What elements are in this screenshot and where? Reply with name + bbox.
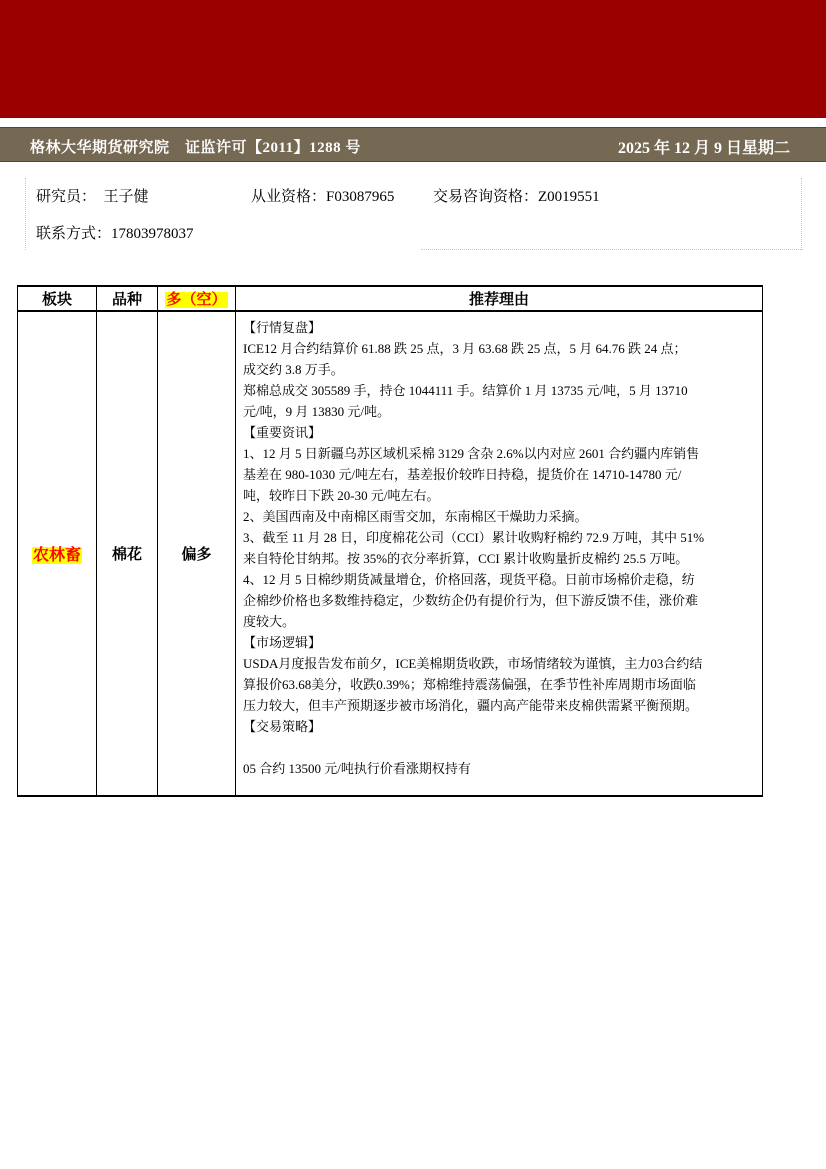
dotted-divider bbox=[421, 249, 803, 250]
researcher-name: 研究员： 王子健 bbox=[36, 185, 149, 206]
reason-line: 成交约 3.8 万手。 bbox=[243, 359, 758, 380]
report-date: 2025 年 12 月 9 日星期二 bbox=[618, 135, 790, 158]
report-page: 格林大华期货研究院 证监许可【2011】1288 号 2025 年 12 月 9… bbox=[0, 0, 826, 1169]
reason-line: 基差在 980-1030 元/吨左右，基差报价较昨日持稳，提货价在 14710-… bbox=[243, 464, 758, 485]
header-direction-highlight: 多（空） bbox=[165, 292, 227, 308]
practice-label: 从业资格： bbox=[251, 189, 326, 205]
reason-line: 吨，较昨日下跌 20-30 元/吨左右。 bbox=[243, 485, 758, 506]
researcher-name-value: 王子健 bbox=[104, 189, 149, 205]
cell-sector: 农林畜 bbox=[18, 311, 97, 796]
reason-line: 【交易策略】 bbox=[243, 716, 758, 737]
reason-line: 【市场逻辑】 bbox=[243, 632, 758, 653]
reason-line: 3、截至 11 月 28 日，印度棉花公司（CCI）累计收购籽棉约 72.9 万… bbox=[243, 527, 758, 548]
researcher-info-block: 研究员： 王子健 从业资格：F03087965 交易咨询资格：Z0019551 … bbox=[25, 178, 802, 250]
reason-line: 05 合约 13500 元/吨执行价看涨期权持有 bbox=[243, 758, 758, 779]
reason-line: 算报价63.68美分，收跌0.39%；郑棉维持震荡偏强，在季节性补库周期市场面临 bbox=[243, 674, 758, 695]
reason-line: 压力较大，但丰产预期逐步被市场消化，疆内高产能带来皮棉供需紧平衡预期。 bbox=[243, 695, 758, 716]
reason-line bbox=[243, 737, 758, 758]
table-header-row: 板块 品种 多（空） 推荐理由 bbox=[18, 286, 763, 311]
reason-line: 2、美国西南及中南棉区雨雪交加，东南棉区干燥助力采摘。 bbox=[243, 506, 758, 527]
header-variety: 品种 bbox=[97, 286, 158, 311]
researcher-label: 研究员： bbox=[36, 189, 89, 205]
table-row-cotton: 农林畜 棉花 偏多 【行情复盘】ICE12 月合约结算价 61.88 跌 25 … bbox=[18, 311, 763, 796]
contact-number: 17803978037 bbox=[111, 226, 194, 242]
reason-line: 度较大。 bbox=[243, 611, 758, 632]
advisory-qualification: 交易咨询资格：Z0019551 bbox=[433, 185, 600, 206]
reason-line: 来自特伦甘纳邦。按 35%的衣分率折算，CCI 累计收购量折皮棉约 25.5 万… bbox=[243, 548, 758, 569]
sector-highlight: 农林畜 bbox=[32, 547, 82, 564]
cell-direction: 偏多 bbox=[158, 311, 236, 796]
reason-line: ICE12 月合约结算价 61.88 跌 25 点，3 月 63.68 跌 25… bbox=[243, 338, 758, 359]
contact-label: 联系方式： bbox=[36, 226, 111, 242]
reason-line: 郑棉总成交 305589 手，持仓 1044111 手。结算价 1 月 1373… bbox=[243, 380, 758, 401]
institute-name-license: 格林大华期货研究院 证监许可【2011】1288 号 bbox=[30, 136, 361, 157]
header-direction: 多（空） bbox=[158, 286, 236, 311]
reason-line: 4、12 月 5 日棉纱期货减量增仓，价格回落，现货平稳。日前市场棉价走稳，纺 bbox=[243, 569, 758, 590]
reason-line: 元/吨，9 月 13830 元/吨。 bbox=[243, 401, 758, 422]
header-sector: 板块 bbox=[18, 286, 97, 311]
reason-line: USDA月度报告发布前夕，ICE美棉期货收跌，市场情绪较为谨慎，主力03合约结 bbox=[243, 653, 758, 674]
cell-reason: 【行情复盘】ICE12 月合约结算价 61.88 跌 25 点，3 月 63.6… bbox=[236, 311, 763, 796]
reason-line: 企棉纱价格也多数维持稳定，少数纺企仍有提价行为，但下游反馈不佳，涨价难 bbox=[243, 590, 758, 611]
reason-line: 【重要资讯】 bbox=[243, 422, 758, 443]
top-red-banner bbox=[0, 0, 826, 118]
practice-number: F03087965 bbox=[326, 189, 394, 205]
contact-info: 联系方式：17803978037 bbox=[36, 222, 194, 243]
practice-qualification: 从业资格：F03087965 bbox=[251, 185, 394, 206]
reason-line: 1、12 月 5 日新疆乌苏区域机采棉 3129 含杂 2.6%以内对应 260… bbox=[243, 443, 758, 464]
recommendation-table: 板块 品种 多（空） 推荐理由 农林畜 棉花 偏多 【行情复盘】ICE12 月合… bbox=[17, 285, 763, 797]
institute-info-bar: 格林大华期货研究院 证监许可【2011】1288 号 2025 年 12 月 9… bbox=[0, 127, 826, 162]
reason-line: 【行情复盘】 bbox=[243, 317, 758, 338]
advisory-label: 交易咨询资格： bbox=[433, 189, 538, 205]
cell-variety: 棉花 bbox=[97, 311, 158, 796]
advisory-number: Z0019551 bbox=[538, 189, 600, 205]
header-reason: 推荐理由 bbox=[236, 286, 763, 311]
